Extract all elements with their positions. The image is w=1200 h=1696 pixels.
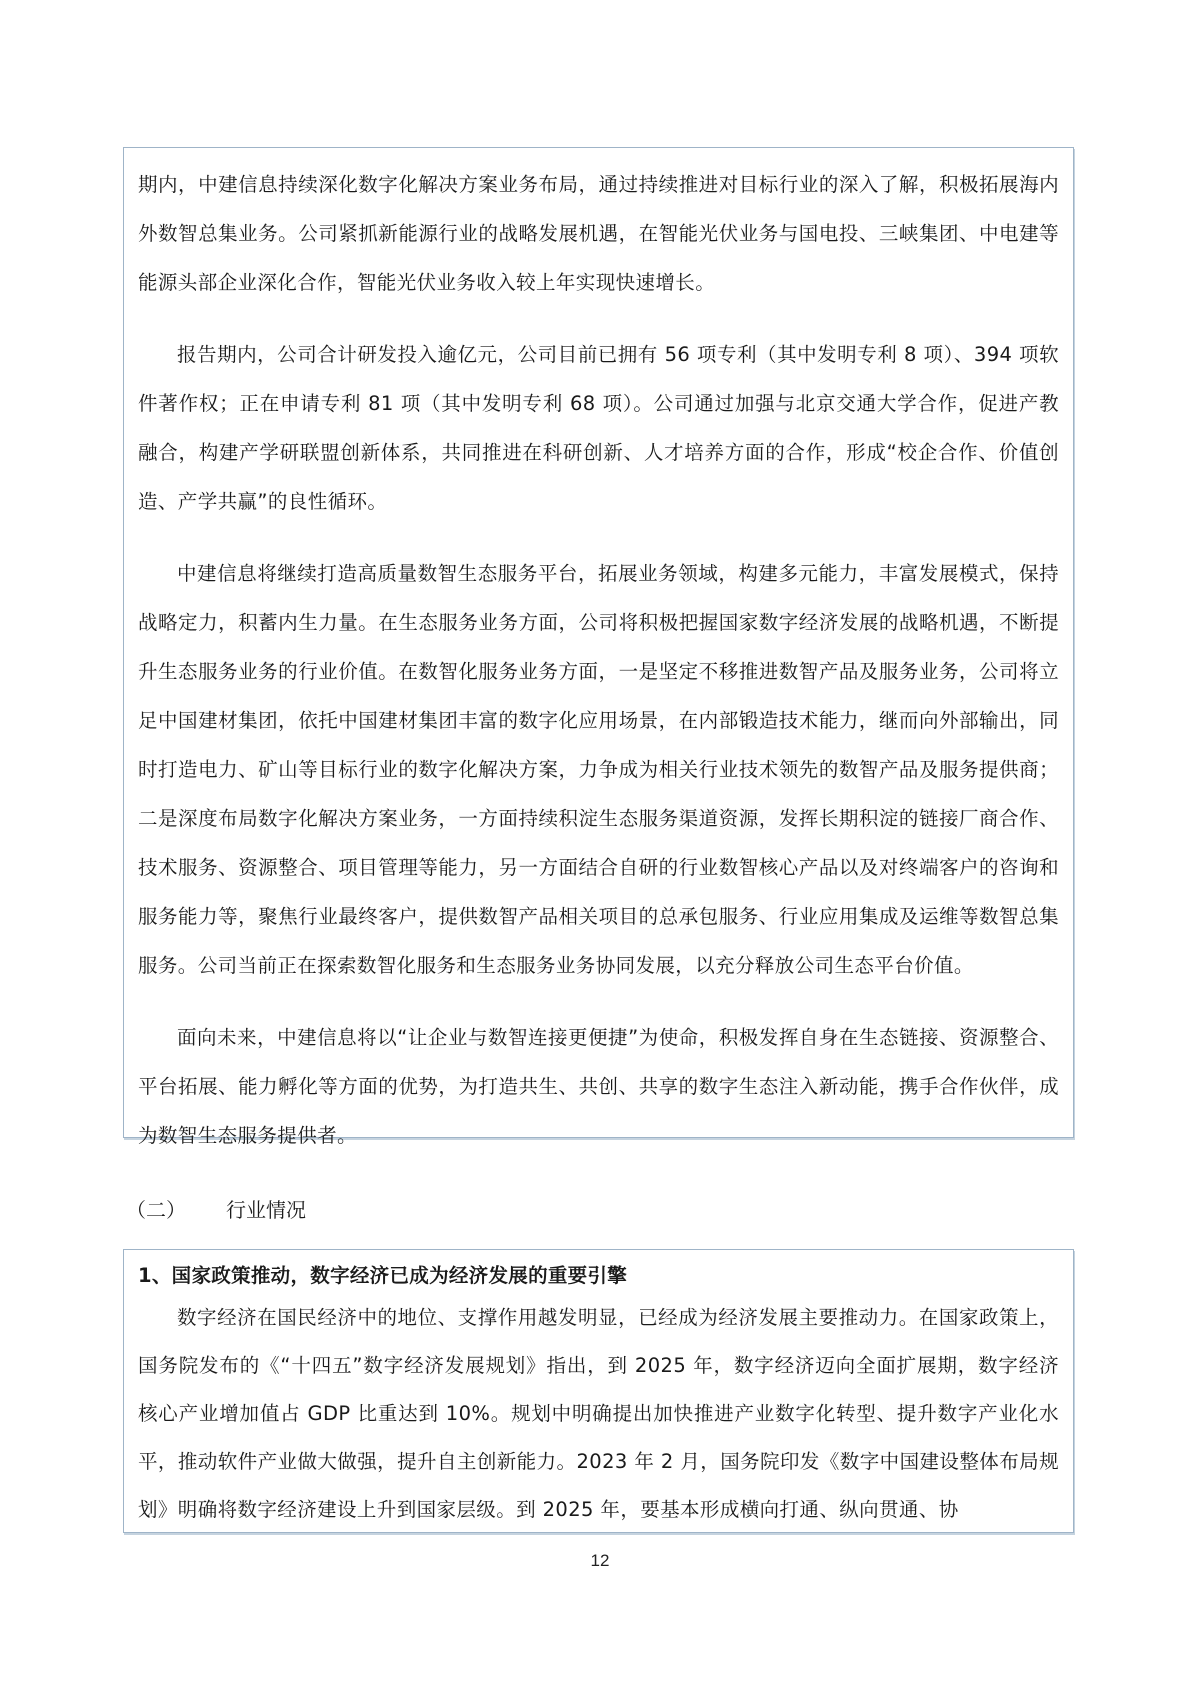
document-page: 期内，中建信息持续深化数字化解决方案业务布局，通过持续推进对目标行业的深入了解，… — [0, 0, 1200, 1696]
section-heading-industry: （二） 行业情况 — [126, 1195, 306, 1225]
section-title: 行业情况 — [226, 1195, 306, 1225]
paragraph-digital-economy-policy: 数字经济在国民经济中的地位、支撑作用越发明显，已经成为经济发展主要推动力。在国家… — [138, 1294, 1059, 1534]
industry-policy-box: 1、国家政策推动，数字经济已成为经济发展的重要引擎 数字经济在国民经济中的地位、… — [123, 1249, 1074, 1533]
paragraph-strategy: 中建信息将继续打造高质量数智生态服务平台，拓展业务领域，构建多元能力，丰富发展模… — [138, 549, 1059, 990]
paragraph-future-outlook: 面向未来，中建信息将以“让企业与数智连接更便捷”为使命，积极发挥自身在生态链接、… — [138, 1013, 1059, 1160]
subheading-policy: 1、国家政策推动，数字经济已成为经济发展的重要引擎 — [138, 1258, 1059, 1294]
paragraph-solutions-business: 期内，中建信息持续深化数字化解决方案业务布局，通过持续推进对目标行业的深入了解，… — [138, 160, 1059, 307]
business-overview-box: 期内，中建信息持续深化数字化解决方案业务布局，通过持续推进对目标行业的深入了解，… — [123, 147, 1074, 1138]
paragraph-rnd-patents: 报告期内，公司合计研发投入逾亿元，公司目前已拥有 56 项专利（其中发明专利 8… — [138, 330, 1059, 526]
page-number: 12 — [0, 1551, 1200, 1571]
section-number: （二） — [126, 1195, 186, 1225]
